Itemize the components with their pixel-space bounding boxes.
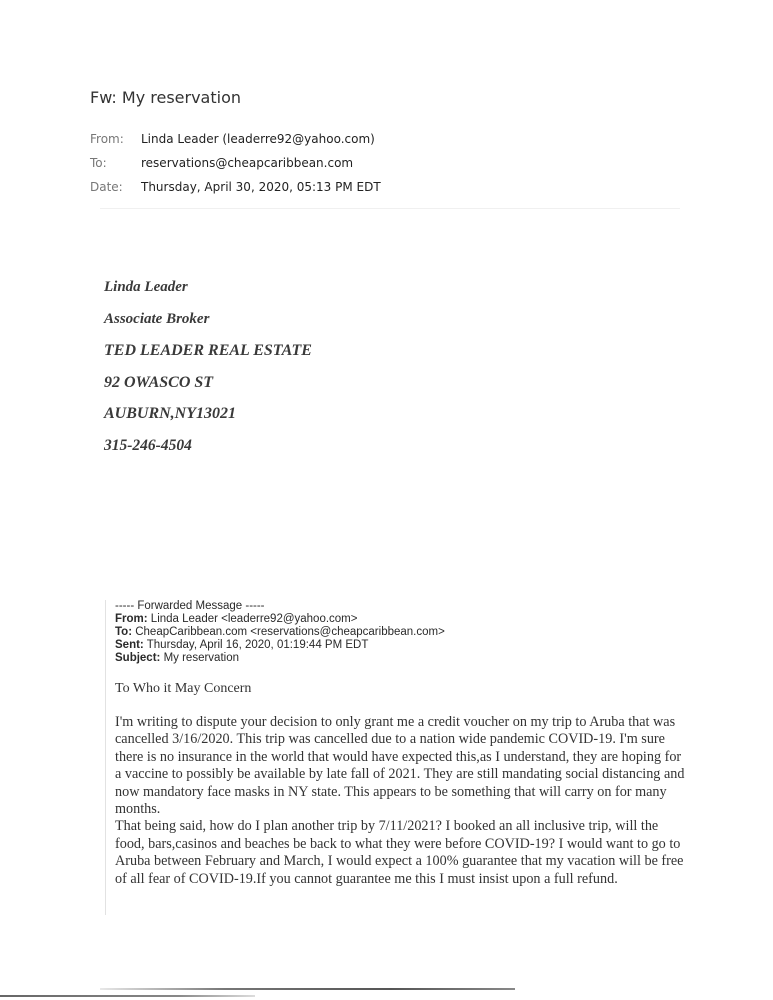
forwarded-to: To: CheapCaribbean.com <reservations@che…	[115, 626, 715, 639]
header-to-label: To:	[90, 156, 141, 170]
forwarded-banner: ----- Forwarded Message -----	[115, 600, 715, 613]
letter-greeting: To Who it May Concern	[115, 681, 715, 697]
forwarded-to-value: CheapCaribbean.com <reservations@cheapca…	[135, 626, 445, 638]
forwarded-from-label: From:	[115, 613, 148, 625]
signature-title: Associate Broker	[104, 311, 209, 328]
signature-street: 92 OWASCO ST	[104, 374, 213, 392]
header-from: From:Linda Leader (leaderre92@yahoo.com)	[90, 132, 375, 146]
header-from-label: From:	[90, 132, 141, 146]
letter-paragraph: I'm writing to dispute your decision to …	[115, 714, 690, 818]
forwarded-sent: Sent: Thursday, April 16, 2020, 01:19:44…	[115, 639, 715, 652]
header-to: To:reservations@cheapcaribbean.com	[90, 156, 353, 170]
header-divider	[100, 208, 680, 209]
forwarded-subject-label: Subject:	[115, 652, 160, 664]
signature-phone: 315-246-4504	[104, 437, 192, 455]
signature-city: AUBURN,NY13021	[104, 405, 236, 423]
forwarded-subject-value: My reservation	[164, 652, 239, 664]
header-date-value: Thursday, April 30, 2020, 05:13 PM EDT	[141, 180, 381, 194]
forwarded-sent-value: Thursday, April 16, 2020, 01:19:44 PM ED…	[147, 639, 369, 651]
signature-company: TED LEADER REAL ESTATE	[104, 342, 312, 360]
forwarded-subject: Subject: My reservation	[115, 652, 715, 665]
header-date: Date:Thursday, April 30, 2020, 05:13 PM …	[90, 180, 381, 194]
forwarded-to-label: To:	[115, 626, 132, 638]
letter-paragraph: That being said, how do I plan another t…	[115, 818, 690, 888]
letter-body: I'm writing to dispute your decision to …	[115, 714, 690, 888]
page-edge-rule	[0, 995, 255, 997]
email-subject-title: Fw: My reservation	[90, 88, 241, 107]
header-from-value: Linda Leader (leaderre92@yahoo.com)	[141, 132, 375, 146]
header-to-value: reservations@cheapcaribbean.com	[141, 156, 353, 170]
forwarded-from-value: Linda Leader <leaderre92@yahoo.com>	[151, 613, 358, 625]
forwarded-message: ----- Forwarded Message ----- From: Lind…	[105, 600, 715, 915]
page-bottom-rule	[100, 988, 515, 990]
signature-name: Linda Leader	[104, 279, 188, 296]
header-date-label: Date:	[90, 180, 141, 194]
forwarded-sent-label: Sent:	[115, 639, 144, 651]
forwarded-from: From: Linda Leader <leaderre92@yahoo.com…	[115, 613, 715, 626]
